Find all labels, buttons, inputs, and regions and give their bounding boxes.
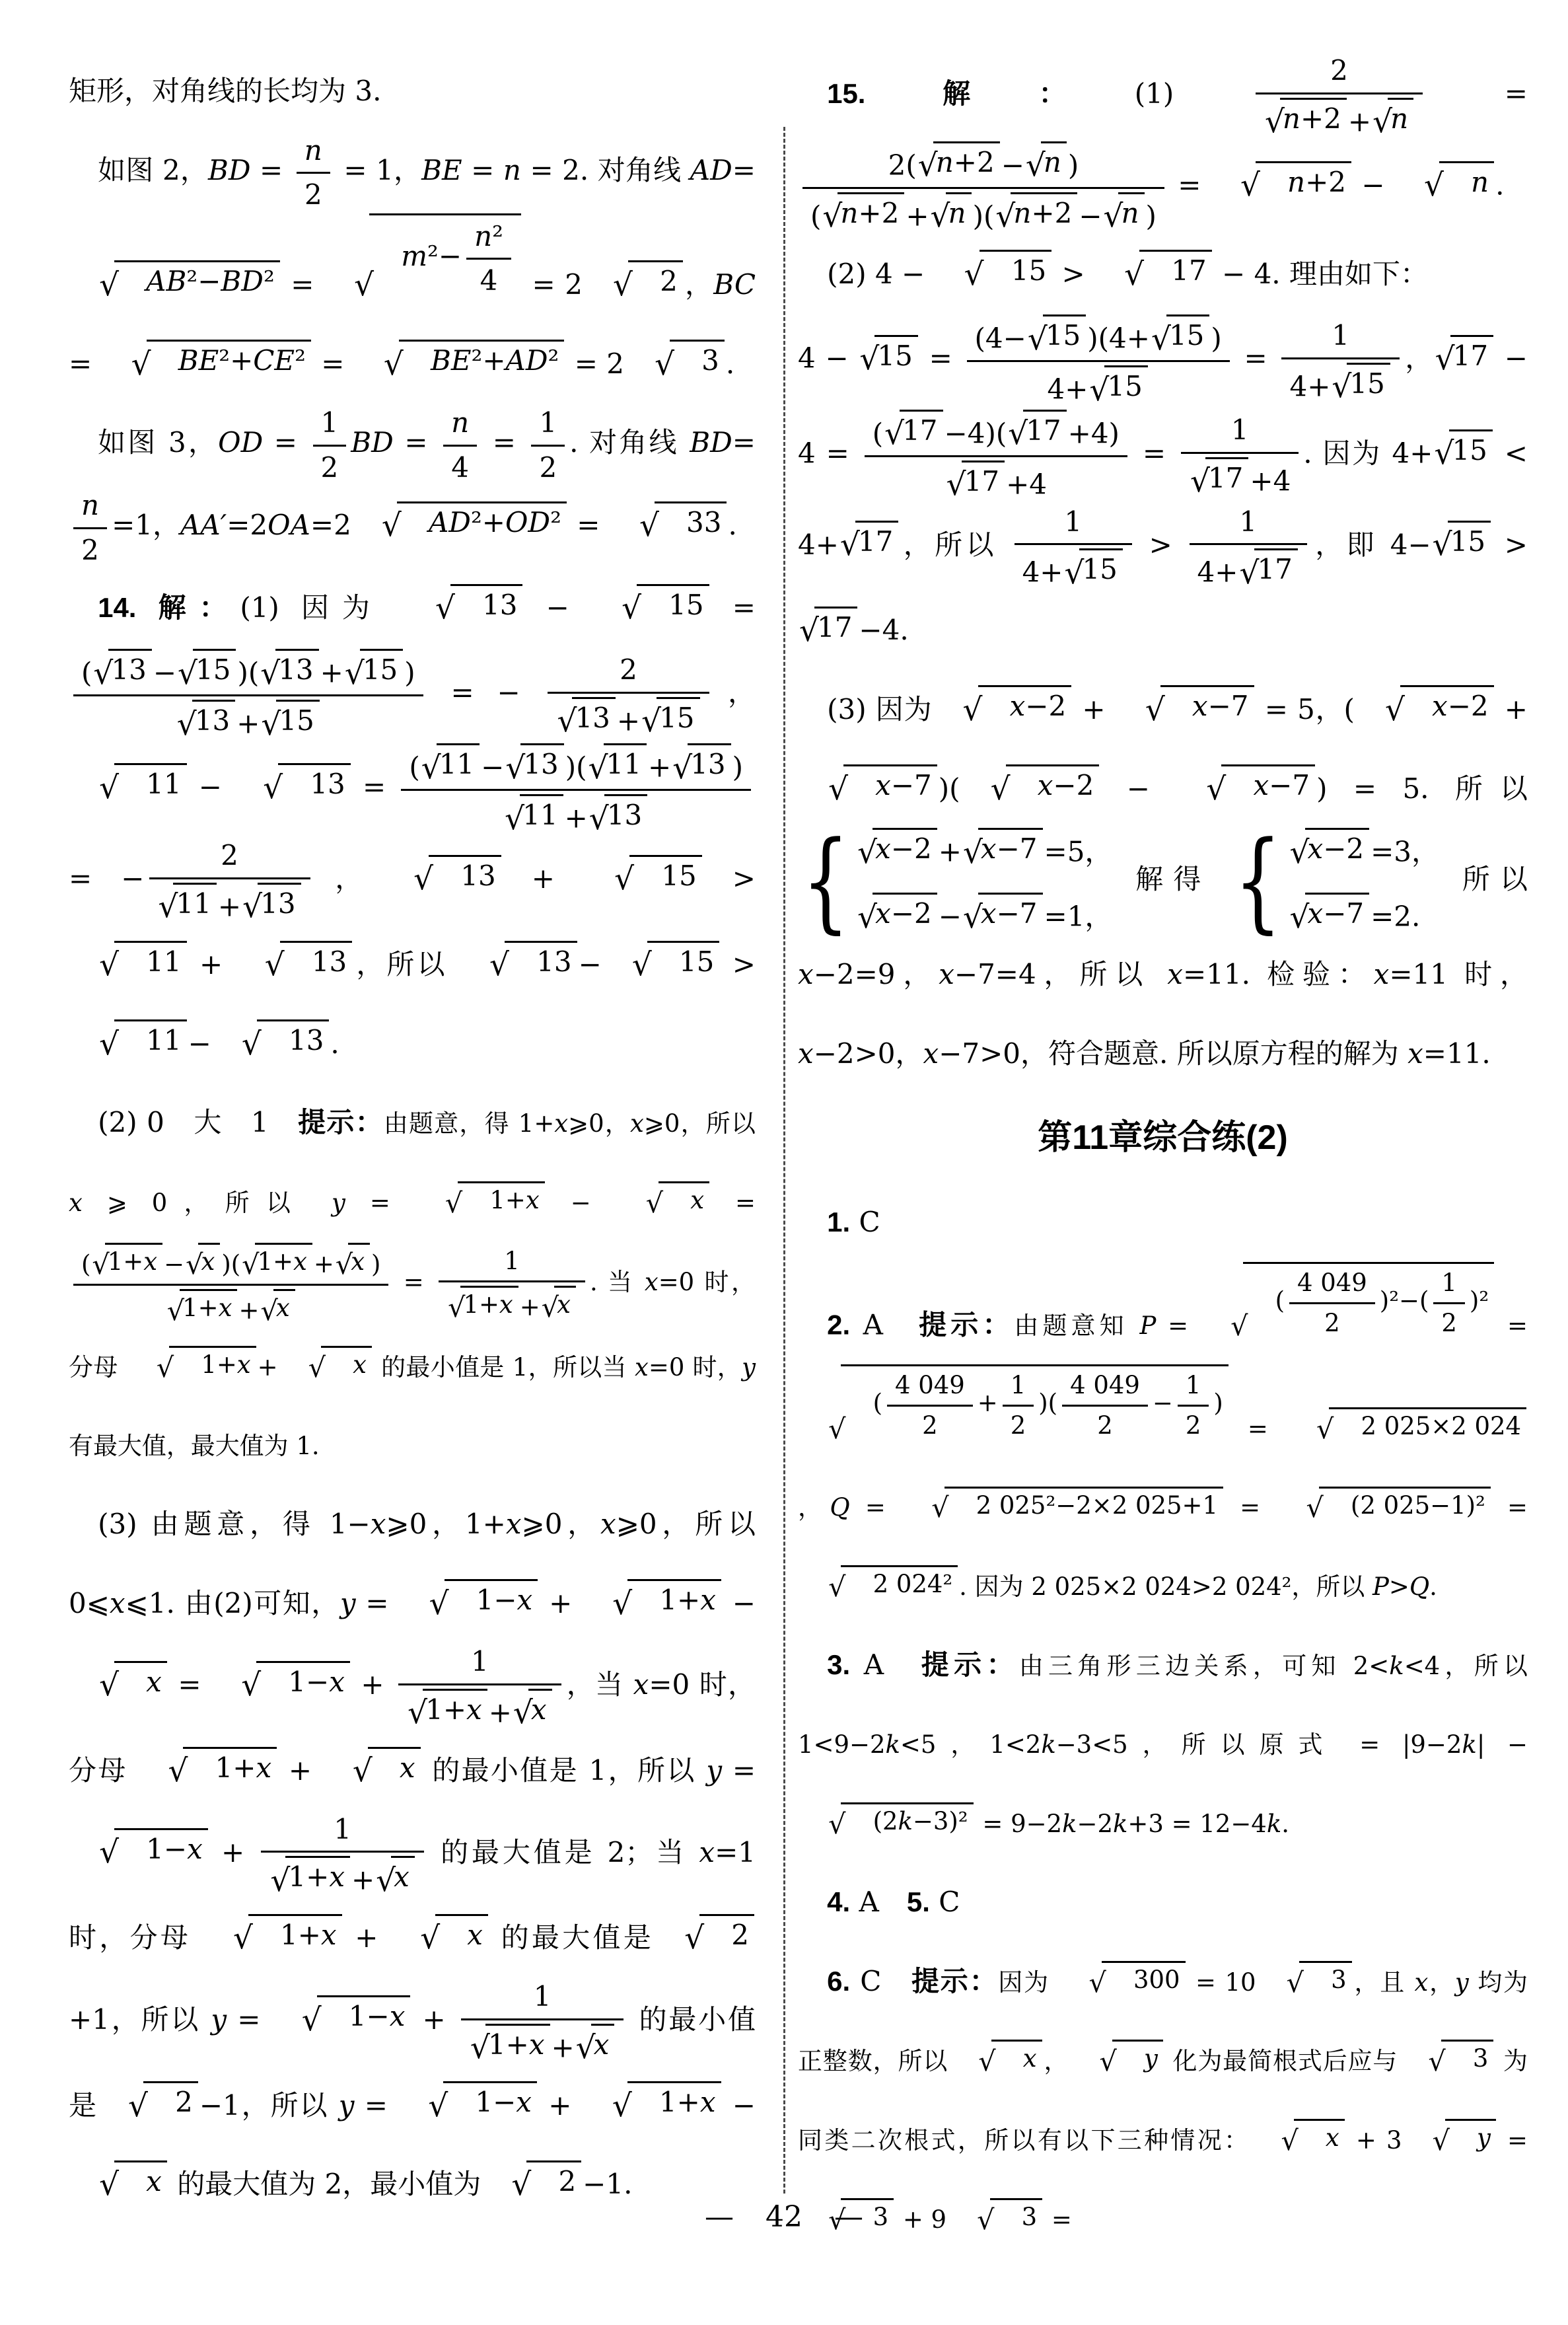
- radical-sign: √: [70, 1837, 119, 1868]
- sqrt-expression: √x−2: [857, 828, 937, 867]
- radicand: 1+x: [627, 1579, 721, 1618]
- sqrt-expression: √BE²+AD²: [355, 340, 565, 379]
- sqrt-expression: √1+x: [448, 1286, 518, 1320]
- bold-label: 提示：: [911, 1966, 998, 1997]
- radical-sign: √: [799, 774, 848, 805]
- paragraph: 如图 2，BD = n2 = 1，BE = n = 2. 对角线 AD=√AB²…: [69, 131, 756, 404]
- radical-sign: √: [212, 1670, 261, 1701]
- radical-sign: √: [1095, 259, 1144, 290]
- fraction: 1√17+4: [1181, 411, 1299, 499]
- math-variable: x: [466, 1693, 482, 1726]
- math-variable: Q: [830, 1493, 849, 1522]
- radicand: 17: [814, 607, 857, 646]
- radical-sign: √: [1177, 774, 1226, 805]
- radical-sign: √: [324, 1755, 373, 1787]
- fraction: 14+√17: [1190, 503, 1307, 591]
- radical-sign: √: [1070, 2048, 1116, 2075]
- sqrt-expression: √x−7: [1290, 893, 1370, 932]
- radical-sign: √: [1008, 418, 1028, 449]
- math-variable: BE: [431, 344, 472, 377]
- fraction: 2(√n+2−√n)(√n+2+√n)(√n+2−√n): [802, 140, 1164, 235]
- radicand: 17: [1139, 250, 1212, 289]
- sqrt-expression: √13: [384, 855, 501, 894]
- radical-sign: √: [260, 658, 280, 689]
- radical-sign: √: [617, 1190, 663, 1217]
- math-variable: n: [840, 197, 858, 229]
- radical-sign: √: [963, 837, 983, 868]
- radicand: x−2: [873, 828, 937, 867]
- radical-sign: √: [655, 1923, 704, 1954]
- radicand: x−2: [1305, 828, 1370, 867]
- sqrt-expression: √n+2: [1211, 161, 1351, 200]
- math-variable: x: [400, 1752, 415, 1784]
- math-variable: BD: [208, 154, 251, 186]
- math-variable: y: [340, 1587, 356, 1619]
- math-variable: k: [1062, 1810, 1077, 1838]
- radicand: x−7: [1305, 893, 1370, 932]
- radicand: 17: [855, 521, 898, 560]
- radical-sign: √: [92, 1251, 109, 1278]
- radicand: (4 0492)²−(12)²: [1243, 1262, 1494, 1339]
- sqrt-expression: √17: [1008, 410, 1066, 449]
- radicand: 15: [1449, 429, 1492, 468]
- sqrt-expression: √x: [949, 2040, 1042, 2074]
- sqrt-expression: √15: [1332, 363, 1390, 402]
- math-variable: BE: [421, 154, 462, 186]
- math-variable: x: [635, 1353, 649, 1382]
- fraction: 4 0492: [1289, 1266, 1375, 1339]
- math-variable: x: [875, 769, 891, 801]
- denominator: √n+2+√n: [1256, 94, 1423, 140]
- denominator: √1+x+√x: [261, 1853, 423, 1898]
- fraction: n²4: [466, 217, 511, 299]
- radical-sign: √: [261, 709, 281, 740]
- math-variable: x: [143, 1247, 157, 1276]
- math-variable: AD: [506, 344, 548, 377]
- radicand: 15: [1104, 365, 1147, 404]
- math-variable: x: [600, 1508, 616, 1540]
- radicand: x−2: [1400, 685, 1494, 724]
- radicand: y: [1445, 2119, 1496, 2153]
- radicand: 1+x: [169, 1346, 256, 1380]
- radicand: 13: [280, 941, 353, 980]
- numerator: 1: [313, 404, 347, 447]
- radical-sign: √: [273, 2005, 322, 2036]
- radical-sign: √: [583, 2090, 632, 2122]
- radicand: 13: [108, 649, 151, 688]
- numerator: 2: [548, 651, 709, 694]
- radicand: 1−x: [443, 2081, 537, 2120]
- sqrt-expression: √11: [588, 743, 647, 782]
- sqrt-expression: √x−7: [799, 764, 937, 803]
- radicand: n+2: [1256, 161, 1351, 200]
- sqrt-expression: √AB²−BD²: [70, 260, 280, 299]
- fraction: n2: [297, 131, 330, 213]
- denominator: 2: [1178, 1407, 1209, 1442]
- sqrt-expression: √1+x: [416, 1181, 545, 1216]
- radical-sign: √: [799, 615, 819, 646]
- paragraph: (2) 0 大 1 提示：由题意，得 1+x⩾0，x⩾0，所以 x ⩾ 0，所以…: [69, 1083, 756, 1485]
- bold-label: 15.: [827, 78, 865, 109]
- fraction: 1√1+x+√x: [461, 1977, 624, 2066]
- math-variable: k: [1462, 1730, 1476, 1759]
- numerator: (√13−√15)(√13+√15): [73, 647, 423, 696]
- sqrt-expression: √1+x: [204, 1914, 342, 1953]
- bold-label: 2.: [827, 1309, 850, 1340]
- radicand: 1+x: [627, 2081, 721, 2120]
- radical-sign: √: [102, 349, 151, 380]
- denominator: 2: [1289, 1304, 1375, 1339]
- radicand: 13: [688, 743, 731, 782]
- radical-sign: √: [1059, 1970, 1106, 1997]
- radical-sign: √: [416, 1190, 462, 1217]
- radical-sign: √: [70, 2169, 119, 2200]
- radicand: 13: [604, 794, 647, 833]
- numerator: n²: [466, 217, 511, 260]
- radicand: 13: [450, 584, 523, 623]
- radicand: n+2: [1280, 98, 1347, 137]
- radicand: x: [991, 2040, 1042, 2074]
- radical-sign: √: [1064, 558, 1084, 589]
- math-variable: x: [700, 1584, 716, 1616]
- sqrt-expression: √15: [1434, 429, 1492, 468]
- radicand: 13: [505, 941, 577, 980]
- radicand: 15: [1079, 548, 1122, 587]
- math-variable: n: [948, 197, 966, 229]
- bold-label: 6.: [827, 1966, 850, 1997]
- numerator: 1: [1281, 316, 1399, 359]
- radicand: x−7: [843, 764, 937, 803]
- radicand: 13: [257, 1019, 330, 1058]
- radical-sign: √: [576, 2032, 596, 2063]
- sqrt-expression: √2 025×2 024: [1287, 1407, 1526, 1442]
- radicand: 17: [962, 461, 1005, 499]
- radical-sign: √: [625, 349, 674, 380]
- sqrt-expression: √15: [1028, 314, 1086, 353]
- radical-sign: √: [589, 803, 609, 834]
- math-variable: x: [1308, 897, 1324, 930]
- math-variable: P: [1139, 1311, 1156, 1340]
- math-variable: x: [219, 1294, 232, 1322]
- radical-sign: √: [583, 1588, 632, 1619]
- math-variable: BC: [713, 268, 756, 301]
- radical-sign: √: [963, 902, 983, 933]
- sqrt-expression: √13: [460, 941, 577, 980]
- radical-sign: √: [1190, 466, 1210, 497]
- denominator: √1+x+√x: [461, 2020, 624, 2066]
- sqrt-expression: √x: [336, 1243, 370, 1277]
- bold-label: 3.: [827, 1649, 850, 1680]
- radical-sign: √: [93, 658, 113, 689]
- radical-sign: √: [946, 469, 966, 500]
- radical-sign: √: [641, 706, 661, 737]
- radicand: (2 025−1)²: [1319, 1487, 1491, 1521]
- radical-sign: √: [799, 1416, 845, 1443]
- math-variable: k: [1041, 1730, 1055, 1759]
- math-variable: OD: [218, 426, 263, 459]
- math-variable: AA′: [180, 509, 227, 541]
- radical-sign: √: [859, 344, 879, 375]
- sqrt-expression: √15: [345, 649, 403, 688]
- math-variable: k: [898, 1807, 913, 1835]
- sqrt-expression: √15: [1089, 365, 1147, 404]
- radical-sign: √: [505, 753, 525, 784]
- radical-sign: √: [1356, 694, 1405, 725]
- system-row: √x−7=2.: [1289, 893, 1440, 935]
- radicand: 1+x: [285, 1856, 350, 1895]
- denominator: √13+√15: [73, 696, 423, 742]
- bold-label: 解：: [943, 78, 1135, 109]
- denominator: 2: [531, 447, 565, 486]
- fraction: 1√1+x+√x: [261, 1810, 423, 1899]
- radical-sign: √: [585, 864, 634, 895]
- numerator: 1: [1015, 503, 1132, 546]
- radicand: 300: [1102, 1961, 1186, 1995]
- radicand: 2: [699, 1914, 754, 1953]
- radical-sign: √: [353, 510, 402, 541]
- sqrt-expression: √11: [70, 763, 187, 802]
- math-variable: x: [353, 1350, 367, 1379]
- radical-sign: √: [918, 150, 938, 181]
- paragraph: 2. A 提示：由题意知 P = √(4 0492)²−(12)² = √(4 …: [798, 1262, 1528, 1625]
- radical-sign: √: [1239, 558, 1259, 589]
- radicand: 2 025×2 024: [1329, 1407, 1526, 1442]
- radicand: 13: [572, 697, 615, 736]
- radicand: (2k−3)²: [841, 1802, 973, 1837]
- radicand: 17: [1254, 548, 1297, 587]
- radical-sign: √: [931, 201, 950, 232]
- fraction: 2√11+√13: [149, 836, 310, 925]
- radical-sign: √: [857, 902, 877, 933]
- sqrt-expression: √x−2: [962, 764, 1100, 803]
- bold-label: 解：: [159, 592, 240, 623]
- math-variable: x: [1432, 690, 1448, 722]
- radical-sign: √: [799, 1574, 845, 1601]
- radical-sign: √: [799, 1811, 845, 1838]
- radical-sign: √: [949, 2048, 995, 2075]
- radicand: 1+x: [485, 2024, 550, 2063]
- fraction: 1√1+x+√x: [439, 1244, 585, 1323]
- radical-sign: √: [345, 658, 365, 689]
- sqrt-expression: √13: [406, 584, 523, 623]
- sqrt-expression: √y: [1070, 2040, 1162, 2074]
- math-variable: x: [526, 1186, 540, 1214]
- sqrt-expression: √1−x: [400, 1579, 538, 1618]
- radicand: 2 024²: [841, 1565, 958, 1600]
- math-variable: x: [1253, 769, 1269, 801]
- radical-sign: √: [178, 658, 197, 689]
- hint-text: 由三角形三边关系，可知 2<k<4，所以 1<9−2k<5，1<2k−3<5，所…: [798, 1652, 1528, 1838]
- sqrt-expression: √x: [1252, 2119, 1344, 2153]
- sqrt-expression: √2 025²−2×2 025+1: [902, 1487, 1223, 1521]
- math-variable: y: [1477, 2123, 1491, 2152]
- sqrt-expression: √15: [641, 697, 699, 736]
- math-variable: x: [699, 1835, 715, 1868]
- math-variable: x: [1192, 690, 1208, 722]
- math-variable: x: [645, 1268, 659, 1296]
- radical-sign: √: [542, 1294, 559, 1321]
- radicand: 1−x: [114, 1828, 208, 1867]
- denominator: 2: [313, 447, 347, 486]
- fraction: (4−√15)(4+√15)4+√15: [967, 313, 1230, 408]
- fraction: (√13−√15)(√13+√15)√13+√15: [73, 647, 423, 742]
- radical-sign: √: [505, 803, 524, 834]
- sqrt-expression: √1+x: [242, 1243, 312, 1277]
- radicand: m²−n²4: [369, 213, 521, 299]
- denominator: √1+x+√x: [439, 1282, 585, 1323]
- math-variable: x: [517, 1584, 533, 1616]
- fraction: 2√n+2+√n: [1256, 52, 1423, 140]
- radicand: 13: [429, 855, 501, 894]
- answer-letter: A: [863, 1308, 883, 1341]
- sqrt-expression: √1−x: [399, 2081, 537, 2120]
- radical-sign: √: [448, 1294, 465, 1321]
- radicand: BE²+CE²: [147, 340, 311, 379]
- answer-letter: C: [860, 1965, 881, 1997]
- sqrt-expression: √x: [513, 1689, 552, 1728]
- radical-sign: √: [270, 1865, 290, 1896]
- radical-sign: √: [962, 774, 1011, 805]
- denominator: √17+4: [865, 457, 1127, 503]
- math-variable: n: [1471, 166, 1489, 198]
- math-variable: Q: [1409, 1572, 1429, 1601]
- hint-text: 由题意知 P = √(4 0492)²−(12)² = √(4 0492+12)…: [798, 1311, 1528, 1601]
- radical-sign: √: [127, 1354, 174, 1382]
- sqrt-expression: √(4 0492+12)(4 0492−12): [799, 1364, 1229, 1442]
- denominator: 4: [443, 447, 477, 486]
- sqrt-expression: √x: [324, 1747, 421, 1786]
- sqrt-expression: √x: [391, 1914, 488, 1953]
- numerator: 1: [1433, 1266, 1465, 1304]
- sqrt-expression: √m²−n²4: [325, 213, 521, 299]
- radicand: 15: [657, 697, 699, 736]
- radicand: 11: [114, 941, 187, 980]
- math-variable: BD: [221, 265, 264, 297]
- radical-sign: √: [70, 270, 119, 301]
- math-variable: x: [69, 1189, 83, 1217]
- sqrt-expression: √n+2: [822, 192, 904, 231]
- radical-sign: √: [1403, 2127, 1449, 2155]
- sqrt-expression: √15: [859, 335, 917, 374]
- radicand: 33: [655, 501, 727, 540]
- math-variable: x: [394, 1861, 410, 1893]
- radicand: 15: [193, 649, 236, 688]
- radicand: 2: [628, 260, 683, 299]
- radical-sign: √: [242, 1251, 259, 1278]
- radicand: x−2: [873, 893, 937, 932]
- denominator: 2: [1062, 1407, 1148, 1442]
- radical-sign: √: [884, 418, 904, 449]
- radicand: y: [1112, 2040, 1163, 2074]
- denominator: 2: [297, 174, 330, 213]
- bold-label: 提示：: [919, 1309, 1014, 1340]
- math-variable: OA: [267, 509, 310, 541]
- denominator: 2: [1433, 1304, 1465, 1339]
- denominator: (√n+2+√n)(√n+2−√n): [802, 189, 1164, 235]
- sqrt-expression: √x−7: [1116, 685, 1254, 724]
- sqrt-expression: √x−7: [963, 828, 1043, 867]
- sqrt-expression: √x−7: [1177, 764, 1315, 803]
- page-number: 42: [766, 2200, 802, 2235]
- math-variable: k: [1113, 1810, 1127, 1838]
- sqrt-expression: √1+x: [583, 2081, 721, 2120]
- radicand: 1+x: [255, 1243, 312, 1277]
- sqrt-expression: √1+x: [583, 1579, 721, 1618]
- sqrt-expression: √13: [213, 1019, 330, 1058]
- radical-sign: √: [1435, 344, 1455, 375]
- math-variable: x: [467, 1919, 483, 1951]
- radicand: x: [1294, 2119, 1345, 2153]
- sqrt-expression: √x: [70, 1661, 167, 1700]
- radicand: 13: [520, 743, 563, 782]
- radical-sign: √: [1028, 324, 1048, 355]
- sqrt-expression: √1+x: [408, 1689, 487, 1728]
- radicand: x: [435, 1914, 488, 1953]
- math-variable: x: [351, 1247, 365, 1276]
- radical-sign: √: [1252, 2127, 1298, 2155]
- radical-sign: √: [822, 201, 842, 232]
- math-variable: x: [557, 1290, 571, 1319]
- footer-left-dash: —: [705, 2200, 734, 2235]
- radicand: x: [114, 1661, 167, 1700]
- radicand: 17: [1023, 410, 1066, 449]
- radical-sign: √: [592, 593, 641, 624]
- fraction: n2: [73, 486, 107, 568]
- radicand: 1+x: [248, 1914, 342, 1953]
- math-variable: k: [1389, 1652, 1404, 1680]
- answer-letter: A: [859, 1886, 878, 1918]
- radical-sign: √: [408, 1697, 427, 1728]
- sqrt-expression: √13: [236, 941, 353, 980]
- system-rows: √x−2+√x−7=5，√x−2−√x−7=1，: [856, 828, 1112, 935]
- radical-sign: √: [1287, 1416, 1334, 1443]
- sqrt-expression: √15: [1433, 521, 1491, 560]
- radical-sign: √: [355, 349, 404, 380]
- radicand: 15: [276, 700, 319, 739]
- sqrt-expression: √3: [1399, 2040, 1493, 2074]
- numerator: 1: [398, 1642, 561, 1685]
- answer-letter: C: [859, 1206, 880, 1238]
- math-variable: x: [237, 1350, 251, 1379]
- sqrt-expression: √x−7: [963, 893, 1043, 932]
- numerator: n: [73, 486, 107, 529]
- radicand: 13: [258, 883, 301, 922]
- sqrt-expression: √x: [260, 1289, 295, 1323]
- radical-sign: √: [325, 270, 374, 301]
- math-variable: x: [875, 897, 891, 930]
- fraction: 14+√15: [1281, 316, 1399, 405]
- math-variable: y: [1144, 2044, 1158, 2073]
- radicand: 3: [670, 340, 725, 379]
- math-variable: k: [885, 1730, 900, 1759]
- radicand: 2: [143, 2081, 198, 2120]
- radical-sign: √: [391, 1923, 440, 1954]
- radicand: 2 025²−2×2 025+1: [944, 1487, 1223, 1521]
- page-footer: — 42 —: [0, 2200, 1568, 2235]
- radical-sign: √: [399, 2090, 448, 2122]
- radical-sign: √: [1201, 1313, 1248, 1340]
- numerator: 4 049: [1062, 1368, 1148, 1407]
- radical-sign: √: [1372, 106, 1392, 137]
- bold-label: 1.: [827, 1206, 850, 1237]
- sqrt-expression: √(2 025−1)²: [1277, 1487, 1490, 1521]
- radical-sign: √: [236, 949, 285, 980]
- radicand: 13: [278, 763, 351, 802]
- math-variable: y: [339, 2089, 355, 2122]
- sqrt-expression: √1+x: [270, 1856, 350, 1895]
- radical-sign: √: [70, 772, 119, 803]
- math-variable: x: [146, 2165, 162, 2197]
